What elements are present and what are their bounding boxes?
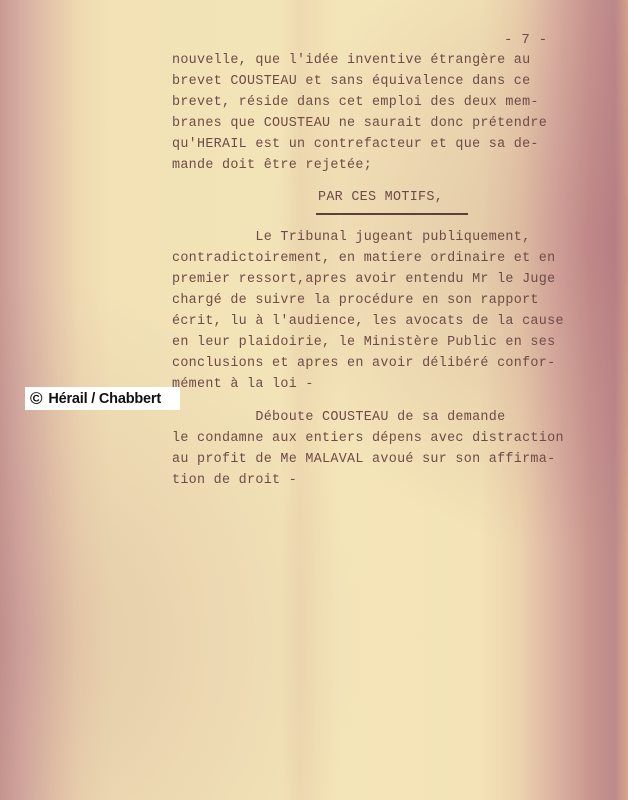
heading-underline (316, 213, 468, 215)
text-line: conclusions et apres en avoir délibéré c… (172, 355, 555, 373)
text-line: qu'HERAIL est un contrefacteur et que sa… (172, 136, 539, 154)
text-line: le condamne aux entiers dépens avec dist… (172, 430, 564, 448)
text-line: branes que COUSTEAU ne saurait donc prét… (172, 115, 547, 133)
text-line: Déboute COUSTEAU de sa demande (172, 409, 505, 427)
text-line: au profit de Me MALAVAL avoué sur son af… (172, 451, 555, 469)
copyright-watermark: © Hérail / Chabbert (25, 387, 180, 410)
text-line: chargé de suivre la procédure en son rap… (172, 292, 539, 310)
text-line: écrit, lu à l'audience, les avocats de l… (172, 313, 564, 331)
text-line: brevet COUSTEAU et sans équivalence dans… (172, 73, 530, 91)
text-line: Le Tribunal jugeant publiquement, (172, 229, 530, 247)
section-heading: PAR CES MOTIFS, (318, 190, 443, 205)
text-line: premier ressort,apres avoir entendu Mr l… (172, 271, 555, 289)
text-line: en leur plaidoirie, le Ministère Public … (172, 334, 555, 352)
text-line: mande doit être rejetée; (172, 157, 372, 175)
copyright-text: Hérail / Chabbert (48, 391, 161, 407)
text-line: tion de droit - (172, 472, 297, 490)
copyright-icon: © (30, 389, 42, 409)
text-line: mément à la loi - (172, 376, 314, 394)
text-line: nouvelle, que l'idée inventive étrangère… (172, 52, 530, 70)
text-line: contradictoirement, en matiere ordinaire… (172, 250, 555, 268)
text-line: brevet, réside dans cet emploi des deux … (172, 94, 539, 112)
page-number: - 7 - (504, 32, 548, 48)
